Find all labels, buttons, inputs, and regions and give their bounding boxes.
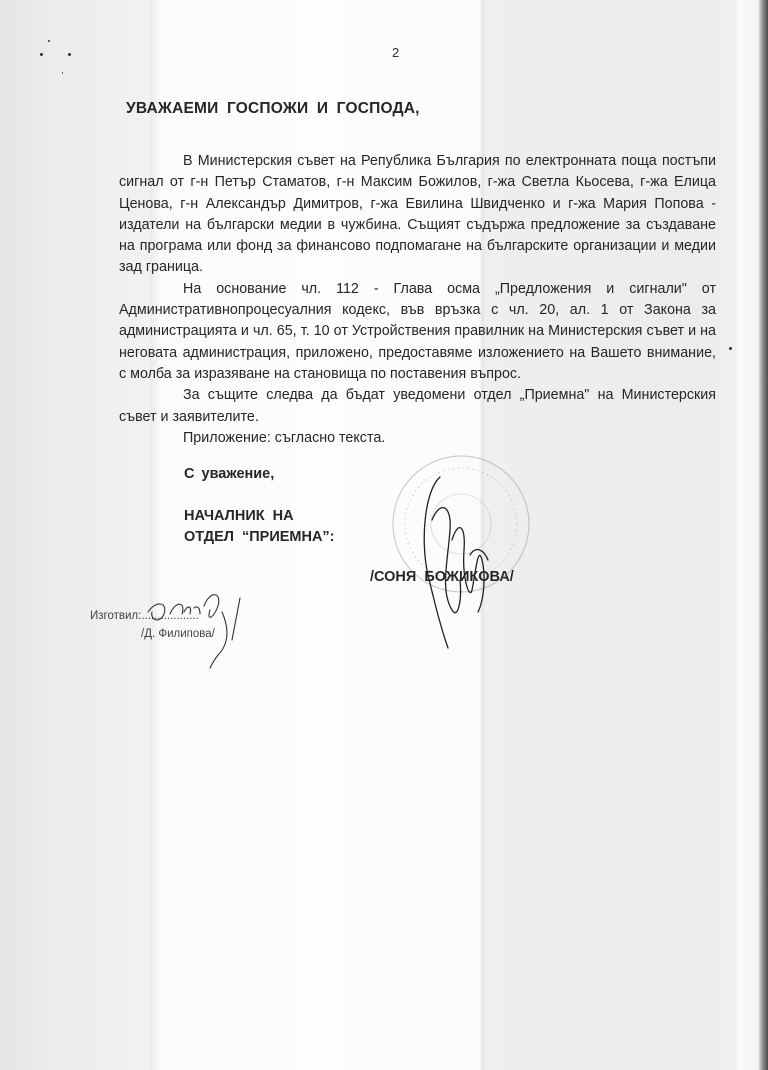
preparer-signature-icon	[148, 595, 240, 668]
stamp-and-signatures	[0, 0, 768, 1070]
official-stamp-icon	[393, 456, 529, 592]
director-signature-icon	[424, 477, 488, 648]
